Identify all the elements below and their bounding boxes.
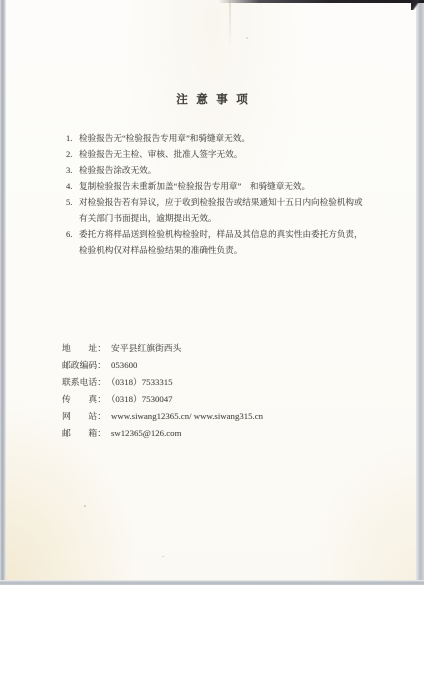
notice-text: 对检验报告若有异议，应于收到检验报告或结果通知十五日内向检验机构或 有关部门书面… bbox=[79, 194, 368, 226]
page-title: 注意事项 bbox=[0, 91, 424, 107]
notice-item-1: 1. 检验报告无“检验报告专用章”和骑缝章无效。 bbox=[66, 130, 368, 146]
notice-number: 5. bbox=[66, 194, 79, 226]
scan-edge-bottom bbox=[0, 580, 424, 585]
contact-label: 网 站： bbox=[62, 411, 106, 421]
paper-speck bbox=[84, 505, 86, 507]
contact-label: 邮政编码： bbox=[62, 360, 106, 370]
contact-row-phone: 联系电话：（0318）7533315 bbox=[62, 374, 263, 391]
contact-row-website: 网 站：www.siwang12365.cn/ www.siwang315.cn bbox=[62, 408, 263, 425]
notice-item-4: 4. 复制检验报告未重新加盖“检验报告专用章” 和骑缝章无效。 bbox=[66, 178, 368, 194]
scan-edge-left bbox=[0, 0, 6, 585]
notice-number: 4. bbox=[66, 178, 79, 194]
contact-row-postcode: 邮政编码：053600 bbox=[62, 357, 263, 374]
contact-label: 邮 箱： bbox=[62, 428, 106, 438]
contact-value: （0318）7530047 bbox=[111, 394, 173, 404]
scan-edge-top-dark bbox=[218, 0, 424, 3]
notice-text: 检验报告无主检、审核、批准人签字无效。 bbox=[79, 146, 368, 162]
contact-row-email: 邮 箱：sw12365@126.com bbox=[62, 425, 263, 442]
contact-value: （0318）7533315 bbox=[111, 377, 173, 387]
notice-number: 2. bbox=[66, 146, 79, 162]
notice-list: 1. 检验报告无“检验报告专用章”和骑缝章无效。 2. 检验报告无主检、审核、批… bbox=[66, 130, 368, 258]
paper-speck bbox=[162, 556, 164, 557]
contact-row-address: 地 址：安平县红旗街西头 bbox=[62, 340, 263, 357]
contact-block: 地 址：安平县红旗街西头 邮政编码：053600 联系电话：（0318）7533… bbox=[62, 340, 263, 442]
contact-value: 安平县红旗街西头 bbox=[111, 343, 181, 353]
contact-label: 传 真： bbox=[62, 394, 106, 404]
scanned-paper: 注意事项 1. 检验报告无“检验报告专用章”和骑缝章无效。 2. 检验报告无主检… bbox=[0, 0, 424, 585]
contact-value: sw12365@126.com bbox=[111, 428, 181, 438]
notice-text: 委托方将样品送到检验机构检验时，样品及其信息的真实性由委托方负责， 检验机构仅对… bbox=[79, 226, 368, 258]
notice-text: 检验报告涂改无效。 bbox=[79, 162, 368, 178]
contact-row-fax: 传 真：（0318）7530047 bbox=[62, 391, 263, 408]
notice-number: 3. bbox=[66, 162, 79, 178]
notice-number: 1. bbox=[66, 130, 79, 146]
contact-value: www.siwang12365.cn/ www.siwang315.cn bbox=[111, 411, 263, 421]
notice-item-3: 3. 检验报告涂改无效。 bbox=[66, 162, 368, 178]
paper-crease bbox=[229, 0, 231, 48]
contact-label: 地 址： bbox=[62, 343, 106, 353]
notice-text: 检验报告无“检验报告专用章”和骑缝章无效。 bbox=[79, 130, 368, 146]
scan-edge-right bbox=[416, 0, 424, 585]
contact-value: 053600 bbox=[111, 360, 137, 370]
notice-item-6: 6. 委托方将样品送到检验机构检验时，样品及其信息的真实性由委托方负责， 检验机… bbox=[66, 226, 368, 258]
notice-item-5: 5. 对检验报告若有异议，应于收到检验报告或结果通知十五日内向检验机构或 有关部… bbox=[66, 194, 368, 226]
notice-number: 6. bbox=[66, 226, 79, 258]
notice-text: 复制检验报告未重新加盖“检验报告专用章” 和骑缝章无效。 bbox=[79, 178, 368, 194]
contact-label: 联系电话： bbox=[62, 377, 106, 387]
paper-speck bbox=[246, 37, 248, 39]
scan-corner-shadow bbox=[411, 0, 424, 10]
notice-item-2: 2. 检验报告无主检、审核、批准人签字无效。 bbox=[66, 146, 368, 162]
scanned-page-canvas: 注意事项 1. 检验报告无“检验报告专用章”和骑缝章无效。 2. 检验报告无主检… bbox=[0, 0, 424, 700]
